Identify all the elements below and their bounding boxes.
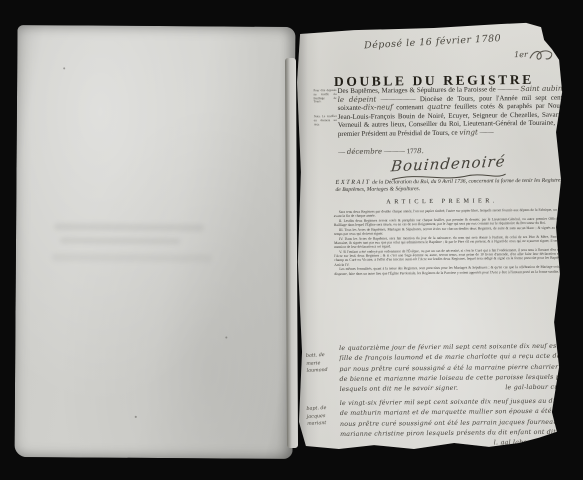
blank-rule: — [338, 148, 347, 156]
extrait-lead: EXTRAIT [335, 179, 370, 186]
paper-speck [135, 416, 137, 418]
ink-bleed-through [52, 253, 212, 262]
archive-scan: Déposé le 16 février 1780 1er DOUBLE DU … [0, 0, 583, 480]
page-stack-edge [285, 58, 298, 448]
cure-signature: le gal-labour curé [505, 383, 565, 394]
blank-rule: ——— [382, 147, 407, 155]
printed-year: 177 [407, 147, 418, 155]
paraph-flourish-icon [528, 47, 554, 63]
baptism-act: le vingt-six février mil sept cent soixa… [340, 397, 567, 451]
extrait-text: de la Déclaration du Roi, du 9 Avril 173… [335, 178, 562, 193]
act-margin-note: bapt. de jacques mariant [306, 404, 339, 428]
act-margin-note: batt. de marie laumond [306, 351, 339, 375]
blank-rule: ——— [498, 85, 521, 93]
act-closing-row: lesquels ont dit ne le savoir signer. le… [340, 383, 566, 396]
deposit-annotation: Déposé le 16 février 1780 [364, 31, 534, 51]
extrait-declaration: EXTRAIT de la Déclaration du Roi, du 9 A… [335, 178, 562, 194]
folio-count-handwritten: quatre [427, 102, 451, 111]
register-page-content: Déposé le 16 février 1780 1er DOUBLE DU … [292, 21, 573, 454]
article-paragraph: Les mêmes formalités, quant à la tenue d… [334, 265, 565, 276]
year-handwritten: dix-neuf [363, 103, 393, 112]
magistrate-signature: Bouindenoiré [390, 152, 506, 175]
cure-signature: l. gal labour curé [340, 438, 566, 451]
articles-text: Sera tenu deux Registres par double chaq… [334, 208, 566, 277]
folio-number: 1er [514, 50, 528, 59]
article-premier-heading: ARTICLE PREMIER. [334, 197, 551, 206]
margin-note-nota: Nota. Le Greffier en donnera un reçu. [314, 115, 337, 127]
register-page: Déposé le 16 février 1780 1er DOUBLE DU … [294, 22, 571, 452]
paper-speck [63, 67, 65, 69]
margin-note-depot: Pour être déposés au Greffe du Bailliage… [313, 89, 336, 104]
intro-print-segment: contenant [393, 103, 427, 111]
register-intro: Des Baptêmes, Mariages & Sépultures de l… [337, 85, 563, 139]
article-paragraph: V. Si l'enfant a été ondoyé par ordonnan… [334, 248, 565, 267]
blank-verso-page [14, 25, 295, 459]
paper-speck [225, 336, 227, 338]
day-handwritten: vingt [459, 127, 478, 136]
year-digit-handwritten: 8. [417, 147, 424, 155]
act-closing: lesquels ont dit ne le savoir signer. [340, 384, 459, 396]
ink-bleed-through [60, 237, 180, 244]
blank-rule: —— [478, 128, 494, 136]
ink-bleed-through [54, 223, 204, 231]
baptism-act: le quatorzième jour de février mil sept … [339, 342, 566, 396]
